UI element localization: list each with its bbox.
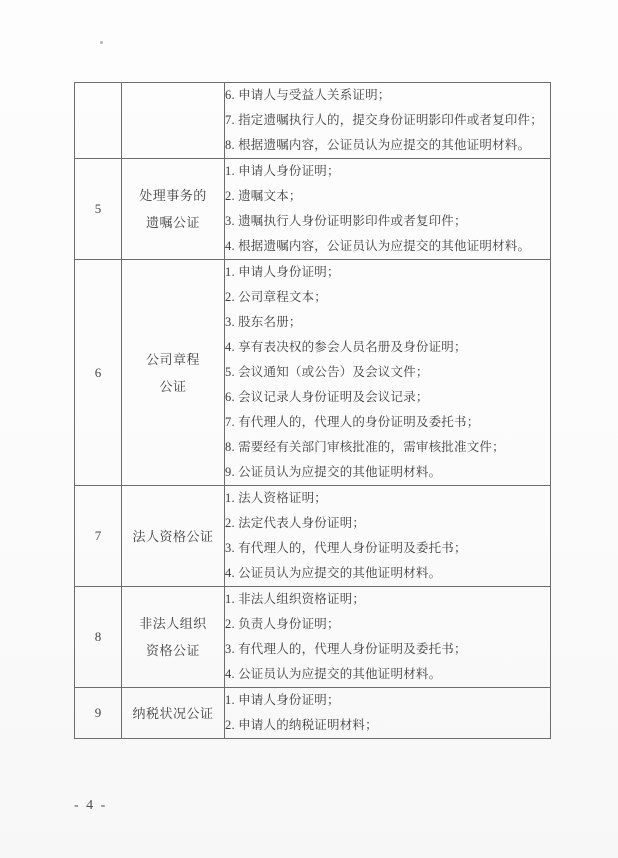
row-category-line: 遗嘱公证	[122, 209, 224, 236]
row-requirements: 1. 法人资格证明；2. 法定代表人身份证明；3. 有代理人的，代理人身份证明及…	[225, 486, 551, 587]
requirement-item: 8. 根据遗嘱内容，公证员认为应提交的其他证明材料。	[225, 133, 550, 158]
requirement-item: 4. 享有表决权的参会人员名册及身份证明；	[225, 335, 550, 360]
notary-table-body: 6. 申请人与受益人关系证明；7. 指定遗嘱执行人的，提交身份证明影印件或者复印…	[75, 83, 551, 739]
row-requirements: 1. 非法人组织资格证明；2. 负责人身份证明；3. 有代理人的，代理人身份证明…	[225, 587, 551, 688]
row-category: 公司章程公证	[122, 260, 225, 486]
requirement-item: 3. 有代理人的，代理人身份证明及委托书；	[225, 637, 550, 662]
row-number: 7	[75, 486, 122, 587]
requirement-item: 2. 法定代表人身份证明；	[225, 511, 550, 536]
table-row: 6. 申请人与受益人关系证明；7. 指定遗嘱执行人的，提交身份证明影印件或者复印…	[75, 83, 551, 159]
requirement-item: 9. 公证员认为应提交的其他证明材料。	[225, 460, 550, 485]
requirement-item: 6. 会议记录人身份证明及会议记录；	[225, 385, 550, 410]
row-category-line: 处理事务的	[122, 182, 224, 209]
row-number: 8	[75, 587, 122, 688]
requirement-item: 7. 有代理人的，代理人的身份证明及委托书；	[225, 410, 550, 435]
requirement-item: 3. 遗嘱执行人身份证明影印件或者复印件；	[225, 209, 550, 234]
requirement-item: 4. 公证员认为应提交的其他证明材料。	[225, 561, 550, 586]
requirement-item: 1. 法人资格证明；	[225, 486, 550, 511]
row-category-line: 非法人组织	[122, 610, 224, 637]
table-row: 6公司章程公证1. 申请人身份证明；2. 公司章程文本；3. 股东名册；4. 享…	[75, 260, 551, 486]
page-number: - 4 -	[74, 798, 107, 814]
scan-speck	[100, 41, 103, 44]
table-row: 8非法人组织资格公证1. 非法人组织资格证明；2. 负责人身份证明；3. 有代理…	[75, 587, 551, 688]
requirement-item: 7. 指定遗嘱执行人的，提交身份证明影印件或者复印件；	[225, 108, 550, 133]
row-number: 5	[75, 159, 122, 260]
row-requirements: 1. 申请人身份证明；2. 遗嘱文本；3. 遗嘱执行人身份证明影印件或者复印件；…	[225, 159, 551, 260]
requirement-item: 1. 申请人身份证明；	[225, 260, 550, 285]
requirement-item: 1. 申请人身份证明；	[225, 688, 550, 713]
requirement-item: 3. 股东名册；	[225, 310, 550, 335]
row-category-line: 法人资格公证	[122, 523, 224, 550]
row-category: 法人资格公证	[122, 486, 225, 587]
row-category	[122, 83, 225, 159]
row-category-line: 纳税状况公证	[122, 700, 224, 727]
requirement-item: 3. 有代理人的，代理人身份证明及委托书；	[225, 536, 550, 561]
requirement-item: 2. 遗嘱文本；	[225, 184, 550, 209]
requirement-item: 1. 非法人组织资格证明；	[225, 587, 550, 612]
row-number: 6	[75, 260, 122, 486]
row-category-line: 公司章程	[122, 346, 224, 373]
row-category: 非法人组织资格公证	[122, 587, 225, 688]
requirement-item: 4. 根据遗嘱内容，公证员认为应提交的其他证明材料。	[225, 234, 550, 259]
scanned-page: 6. 申请人与受益人关系证明；7. 指定遗嘱执行人的，提交身份证明影印件或者复印…	[0, 0, 618, 858]
requirement-item: 8. 需要经有关部门审核批准的，需审核批准文件；	[225, 435, 550, 460]
row-number	[75, 83, 122, 159]
notarization-requirements-table: 6. 申请人与受益人关系证明；7. 指定遗嘱执行人的，提交身份证明影印件或者复印…	[74, 82, 551, 739]
row-category: 纳税状况公证	[122, 688, 225, 739]
row-category: 处理事务的遗嘱公证	[122, 159, 225, 260]
requirement-item: 6. 申请人与受益人关系证明；	[225, 83, 550, 108]
requirement-item: 2. 申请人的纳税证明材料；	[225, 713, 550, 738]
row-category-line: 公证	[122, 373, 224, 400]
requirement-item: 4. 公证员认为应提交的其他证明材料。	[225, 662, 550, 687]
requirement-item: 5. 会议通知（或公告）及会议文件；	[225, 360, 550, 385]
row-category-line: 资格公证	[122, 637, 224, 664]
requirement-item: 2. 公司章程文本；	[225, 285, 550, 310]
table-row: 9纳税状况公证1. 申请人身份证明；2. 申请人的纳税证明材料；	[75, 688, 551, 739]
row-number: 9	[75, 688, 122, 739]
table-row: 7法人资格公证1. 法人资格证明；2. 法定代表人身份证明；3. 有代理人的，代…	[75, 486, 551, 587]
table-row: 5处理事务的遗嘱公证1. 申请人身份证明；2. 遗嘱文本；3. 遗嘱执行人身份证…	[75, 159, 551, 260]
row-requirements: 6. 申请人与受益人关系证明；7. 指定遗嘱执行人的，提交身份证明影印件或者复印…	[225, 83, 551, 159]
row-requirements: 1. 申请人身份证明；2. 公司章程文本；3. 股东名册；4. 享有表决权的参会…	[225, 260, 551, 486]
row-requirements: 1. 申请人身份证明；2. 申请人的纳税证明材料；	[225, 688, 551, 739]
requirement-item: 1. 申请人身份证明；	[225, 159, 550, 184]
requirement-item: 2. 负责人身份证明；	[225, 612, 550, 637]
